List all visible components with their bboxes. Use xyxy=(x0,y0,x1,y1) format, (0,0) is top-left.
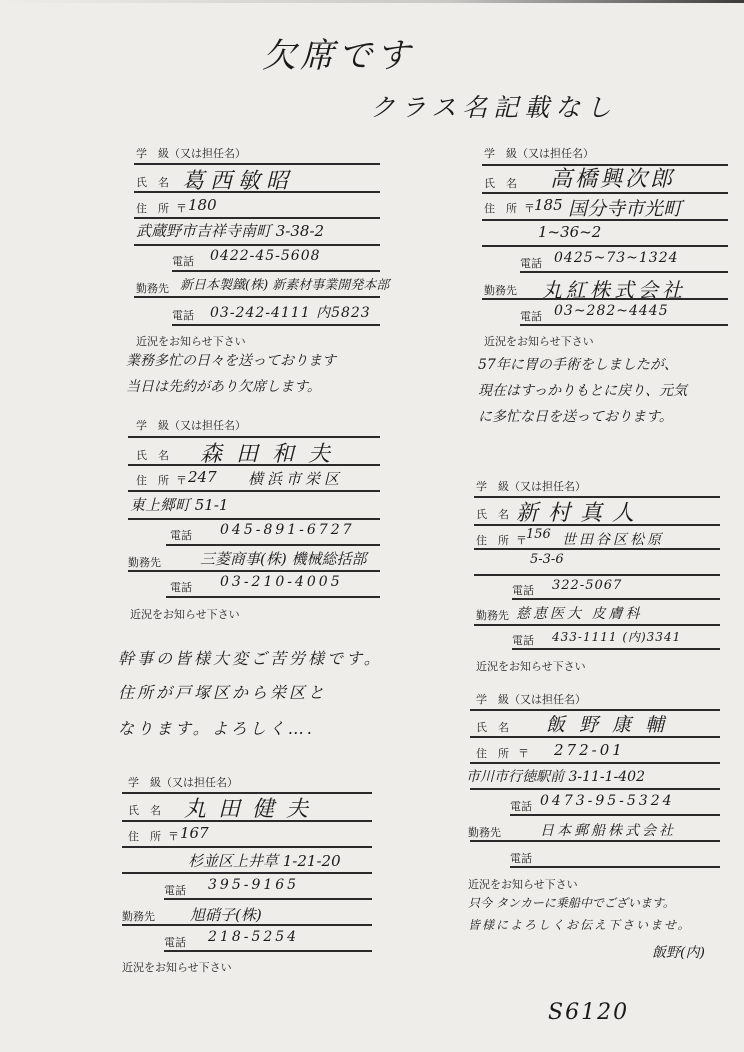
divider xyxy=(122,924,372,926)
divider xyxy=(164,950,372,952)
news-line: 57年に胃の手術をしましたが、 xyxy=(478,352,678,378)
divider xyxy=(134,244,380,246)
page-subtitle: クラス名記載なし xyxy=(370,88,617,124)
name-label: 氏 名 xyxy=(136,174,169,190)
class-label: 学 級（又は担任名） xyxy=(136,145,246,161)
work-label: 勤務先 xyxy=(476,607,509,623)
name-value: 丸田健夫 xyxy=(184,792,320,823)
name-value: 飯野康輔 xyxy=(546,710,678,737)
divider xyxy=(166,544,380,546)
work-phone-label: 電話 xyxy=(164,934,186,950)
news-line: に多忙な日を送っております。 xyxy=(478,404,673,430)
name-label: 氏 名 xyxy=(136,447,169,463)
address-value: 世田谷区松原 xyxy=(562,529,664,549)
work-label: 勤務先 xyxy=(128,554,161,570)
signature: 飯野(内) xyxy=(652,942,705,962)
divider xyxy=(172,270,380,272)
divider xyxy=(482,245,728,247)
phone-label: 電話 xyxy=(170,527,192,543)
phone-value: 0473-95-5324 xyxy=(540,793,675,809)
divider xyxy=(128,464,380,466)
work-label: 勤務先 xyxy=(484,282,517,298)
phone-value: 0422-45-5608 xyxy=(210,248,321,264)
news-label: 近況をお知らせ下さい xyxy=(484,333,594,349)
divider xyxy=(520,324,728,326)
phone-label: 電話 xyxy=(520,255,542,271)
address-label: 住 所 xyxy=(476,532,509,548)
divider xyxy=(482,219,728,221)
work-value: 旭硝子(株) xyxy=(190,904,262,925)
postal-mark: 〒 xyxy=(168,828,179,844)
address-value: 武蔵野市吉祥寺南町 3-38-2 xyxy=(136,220,324,241)
divider xyxy=(482,298,728,300)
work-phone-label: 電話 xyxy=(512,632,534,648)
phone-label: 電話 xyxy=(172,253,194,269)
divider xyxy=(470,788,720,790)
phone-label: 電話 xyxy=(510,798,532,814)
divider xyxy=(474,524,720,526)
news-line: 住所が戸塚区から栄区と xyxy=(118,680,327,706)
address-value: 1~36~2 xyxy=(538,223,601,241)
class-label: 学 級（又は担任名） xyxy=(136,417,246,433)
news-label: 近況をお知らせ下さい xyxy=(122,959,232,975)
class-label: 学 級（又は担任名） xyxy=(476,478,586,494)
divider xyxy=(470,762,720,764)
phone-value: 322-5067 xyxy=(552,578,622,593)
divider xyxy=(470,840,720,842)
document-code: S6120 xyxy=(548,1000,629,1025)
address-label: 住 所 xyxy=(476,745,509,761)
divider xyxy=(122,846,372,848)
work-phone-value: 03-242-4111 内5823 xyxy=(210,302,371,322)
news-line: 当日は先約があり欠席します。 xyxy=(126,374,321,400)
work-label: 勤務先 xyxy=(136,280,169,296)
divider xyxy=(134,296,380,298)
divider xyxy=(164,898,372,900)
address-value: 市川市行徳駅前 3-11-1-402 xyxy=(466,766,645,786)
divider xyxy=(166,596,380,598)
divider xyxy=(512,598,720,600)
news-line: 業務多忙の日々を送っております xyxy=(126,348,336,374)
postal-value: 272-01 xyxy=(554,741,625,759)
divider xyxy=(128,490,380,492)
class-label: 学 級（又は担任名） xyxy=(476,691,586,707)
work-phone-label: 電話 xyxy=(510,850,532,866)
class-label: 学 級（又は担任名） xyxy=(128,774,238,790)
phone-label: 電話 xyxy=(512,582,534,598)
divider xyxy=(520,271,728,273)
news-line: 幹事の皆様大変ご苦労様です。 xyxy=(118,646,383,672)
divider xyxy=(122,872,372,874)
address-value: 5-3-6 xyxy=(530,552,564,567)
divider xyxy=(474,548,720,550)
postal-mark: 〒 xyxy=(176,472,187,488)
work-label: 勤務先 xyxy=(122,908,155,924)
news-line: 現在はすっかりもとに戻り、元気 xyxy=(478,378,687,404)
postal-value: 185 xyxy=(534,196,563,214)
postal-mark: 〒 xyxy=(176,200,187,216)
divider xyxy=(512,648,720,650)
page-title: 欠席です xyxy=(262,28,414,77)
address-value: 東上郷町 51-1 xyxy=(130,494,228,515)
divider xyxy=(134,191,380,193)
address-label: 住 所 xyxy=(136,200,169,216)
address-value: 杉並区上井草 1-21-20 xyxy=(188,850,341,871)
name-label: 氏 名 xyxy=(476,506,509,522)
postal-value: 167 xyxy=(180,824,209,842)
work-phone-value: 433-1111 (内)3341 xyxy=(552,628,681,645)
scan-edge xyxy=(0,0,744,3)
divider xyxy=(510,814,720,816)
divider xyxy=(122,820,372,822)
divider xyxy=(510,866,720,868)
work-value: 三菱商事(株) 機械総括部 xyxy=(200,548,366,569)
name-value: 新村真人 xyxy=(516,496,644,527)
phone-label: 電話 xyxy=(164,882,186,898)
name-label: 氏 名 xyxy=(476,719,509,735)
name-label: 氏 名 xyxy=(484,175,517,191)
address-label: 住 所 xyxy=(136,472,169,488)
divider xyxy=(470,736,720,738)
divider xyxy=(128,518,380,520)
work-value: 日本郵船株式会社 xyxy=(540,820,676,840)
postal-value: 156 xyxy=(526,527,551,542)
news-label: 近況をお知らせ下さい xyxy=(130,606,240,622)
address-value: 国分寺市光町 xyxy=(568,194,682,221)
name-label: 氏 名 xyxy=(128,802,161,818)
divider xyxy=(474,574,720,576)
postal-mark: 〒 xyxy=(518,745,529,761)
news-label: 近況をお知らせ下さい xyxy=(476,658,586,674)
divider xyxy=(128,570,380,572)
work-phone-label: 電話 xyxy=(170,579,192,595)
postal-value: 180 xyxy=(188,196,217,214)
news-line: 皆様によろしくお伝え下さいませ。 xyxy=(468,912,692,938)
phone-value: 395-9165 xyxy=(208,877,299,893)
work-phone-value: 03~282~4445 xyxy=(554,303,669,319)
address-label: 住 所 xyxy=(128,828,161,844)
class-label: 学 級（又は担任名） xyxy=(484,145,594,161)
divider xyxy=(172,324,380,326)
phone-value: 0425~73~1324 xyxy=(554,250,679,266)
news-line: なります。よろしく…. xyxy=(118,716,315,742)
postal-value: 247 xyxy=(188,468,217,486)
phone-value: 045-891-6727 xyxy=(220,522,355,538)
divider xyxy=(134,217,380,219)
work-label: 勤務先 xyxy=(468,824,501,840)
divider xyxy=(474,624,720,626)
work-value: 慈恵医大 皮膚科 xyxy=(516,603,642,623)
name-value: 高橋興次郎 xyxy=(550,162,675,193)
work-phone-value: 03-210-4005 xyxy=(220,574,343,590)
work-phone-label: 電話 xyxy=(172,307,194,323)
work-value: 新日本製鐵(株) 新素材事業開発本部 xyxy=(180,274,389,293)
news-label: 近況をお知らせ下さい xyxy=(136,333,246,349)
work-phone-value: 218-5254 xyxy=(208,929,299,945)
address-label: 住 所 xyxy=(484,200,517,216)
address-value: 横浜市栄区 xyxy=(248,468,343,489)
work-phone-label: 電話 xyxy=(520,308,542,324)
